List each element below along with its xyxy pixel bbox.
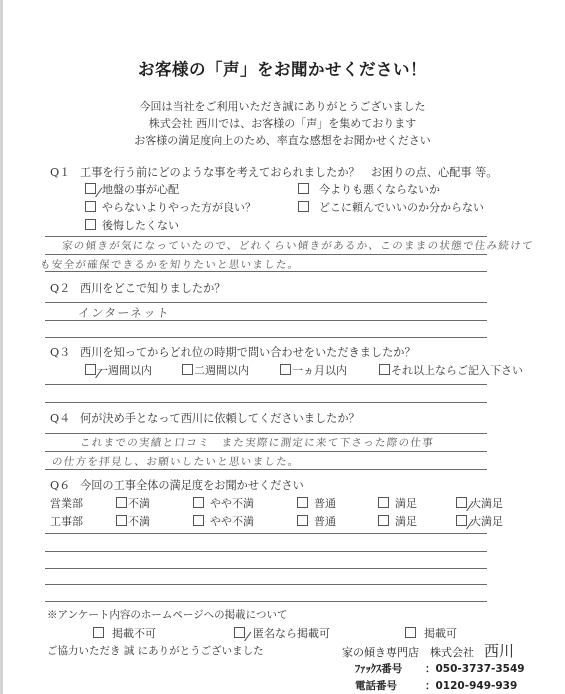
- comment-rule: [45, 533, 487, 534]
- q1-question: Q１工事を行う前にどのような事を考えておられましたか？ お困りの点、心配事 等。: [50, 164, 498, 180]
- q6-sales-satisfied[interactable]: 満足: [378, 495, 417, 511]
- q2-text: 西川をどこで知りましたか？: [80, 282, 225, 295]
- q1-handwritten-answer-1: 家の傾きが気になっていたので、どれくらい傾きがあるか、このままの状態で住み続けて: [61, 238, 534, 253]
- q2-answer-rule: [45, 337, 487, 338]
- checkbox-checked-icon[interactable]: [85, 183, 96, 194]
- checkbox-icon[interactable]: [297, 497, 308, 508]
- thanks-text: ご協力いただき 誠 にありがとうございました: [47, 643, 264, 658]
- q1-answer-rule: [45, 254, 487, 255]
- company-name: 西川: [484, 642, 514, 660]
- fax-label: ﾌｧｯｸｽ番号: [355, 661, 425, 676]
- checkbox-icon[interactable]: [378, 497, 389, 508]
- q6-construction-somewhat-dissatisfied[interactable]: やや不満: [193, 513, 254, 529]
- q3-option-longer[interactable]: それ以上ならご記入下さい: [379, 362, 523, 378]
- q1-answer-rule: [45, 271, 487, 272]
- tel-row: 電話番号：0120-949-939: [355, 678, 517, 693]
- q4-number: Q４: [50, 410, 80, 426]
- checkbox-icon[interactable]: [379, 364, 390, 375]
- q4-answer-rule: [45, 433, 487, 434]
- comment-rule: [45, 551, 487, 552]
- q6-sales-neutral[interactable]: 普通: [297, 495, 336, 511]
- checkbox-icon[interactable]: [85, 201, 96, 212]
- q3-option-1week[interactable]: 一週間以内: [85, 362, 152, 378]
- checkbox-icon[interactable]: [116, 497, 127, 508]
- q6-sales-dissatisfied[interactable]: 不満: [116, 495, 150, 511]
- checkbox-icon[interactable]: [378, 515, 389, 526]
- checkbox-checked-icon[interactable]: [234, 627, 245, 638]
- q4-handwritten-answer-2: の仕方を拝見し、お願いしたいと思いました。: [51, 454, 300, 469]
- q3-answer-rule: [45, 384, 487, 385]
- checkbox-icon[interactable]: [193, 515, 204, 526]
- publish-option-anonymous[interactable]: 匿名なら掲載可: [234, 625, 330, 641]
- tel-number: ：0120-949-939: [425, 680, 517, 692]
- q2-answer-rule: [45, 302, 487, 303]
- q2-handwritten-answer: インターネット: [77, 304, 171, 321]
- q1-number: Q１: [50, 164, 80, 180]
- q4-handwritten-answer-1: これまでの実績と口コミ また実際に測定に来て下さった際の仕事: [79, 435, 435, 450]
- q6-sales-very-satisfied[interactable]: 大満足: [456, 495, 503, 511]
- q2-question: Q２西川をどこで知りましたか？: [50, 280, 225, 296]
- checkbox-icon[interactable]: [298, 183, 309, 194]
- page-title: お客様の「声」をお聞かせください！: [0, 56, 565, 80]
- q1-option-where[interactable]: どこに頼んでいいのか分からない: [298, 199, 484, 215]
- checkbox-icon[interactable]: [298, 201, 309, 212]
- checkbox-icon[interactable]: [182, 364, 193, 375]
- q3-answer-rule: [45, 402, 487, 403]
- q4-question: Q４何が決め手となって西川に依頼してくださいましたか？: [50, 410, 360, 426]
- q6-sales-somewhat-dissatisfied[interactable]: やや不満: [193, 495, 254, 511]
- checkbox-icon[interactable]: [405, 627, 416, 638]
- q6-text: 今回の工事全体の満足度をお聞かせください: [80, 479, 304, 492]
- publish-option-yes[interactable]: 掲載可: [405, 625, 457, 641]
- q1-option-worse[interactable]: 今よりも悪くならないか: [298, 181, 440, 197]
- checkbox-checked-icon[interactable]: [456, 497, 467, 508]
- checkbox-icon[interactable]: [193, 497, 204, 508]
- checkbox-icon[interactable]: [297, 515, 308, 526]
- q6-construction-satisfied[interactable]: 満足: [378, 513, 417, 529]
- shop-name: 家の傾き専門店 株式会社: [342, 646, 474, 659]
- tel-label: 電話番号: [355, 678, 425, 693]
- checkbox-icon[interactable]: [116, 515, 127, 526]
- intro-line-2: 株式会社 西川では、お客様の「声」を集めております: [0, 115, 565, 131]
- checkbox-checked-icon[interactable]: [456, 515, 467, 526]
- q6-construction-very-satisfied[interactable]: 大満足: [456, 513, 503, 529]
- checkbox-icon[interactable]: [280, 364, 291, 375]
- q3-option-2weeks[interactable]: 二週間以内: [182, 362, 249, 378]
- q1-option-regret[interactable]: 後悔したくない: [85, 217, 179, 233]
- q6-construction-neutral[interactable]: 普通: [297, 513, 336, 529]
- q6-row-sales-label: 営業部: [50, 495, 83, 511]
- q3-option-1month[interactable]: 一ヵ月以内: [280, 362, 347, 378]
- fax-row: ﾌｧｯｸｽ番号：050-3737-3549: [355, 661, 525, 676]
- company-block: 家の傾き専門店 株式会社西川: [342, 640, 514, 661]
- comment-rule: [45, 568, 487, 569]
- checkbox-icon[interactable]: [85, 219, 96, 230]
- comment-rule: [45, 584, 487, 585]
- q3-number: Q３: [50, 344, 80, 360]
- q1-text: 工事を行う前にどのような事を考えておられましたか？ お困りの点、心配事 等。: [80, 166, 498, 179]
- q6-row-construction-label: 工事部: [50, 513, 83, 529]
- q6-number: Q６: [50, 477, 80, 493]
- q1-option-ground[interactable]: 地盤の事が心配: [85, 181, 179, 197]
- q4-answer-rule: [45, 469, 487, 470]
- publish-option-no[interactable]: 掲載不可: [93, 625, 156, 641]
- q6-question: Q６今回の工事全体の満足度をお聞かせください: [50, 477, 304, 493]
- fax-number: ：050-3737-3549: [425, 663, 525, 675]
- q1-answer-rule: [45, 236, 487, 237]
- q6-construction-dissatisfied[interactable]: 不満: [116, 513, 150, 529]
- checkbox-checked-icon[interactable]: [85, 364, 96, 375]
- q3-text: 西川を知ってからどれ位の時期で問い合わせをいただきましたか？: [80, 346, 416, 359]
- publish-heading: ※アンケート内容のホームページへの掲載について: [47, 607, 287, 622]
- comment-rule: [45, 601, 487, 602]
- checkbox-icon[interactable]: [93, 627, 104, 638]
- intro-line-1: 今回は当社をご利用いただき誠にありがとうございました: [0, 98, 565, 114]
- q4-answer-rule: [45, 451, 487, 452]
- q1-handwritten-answer-2: も安全が確保できるかを知りたいと思いました。: [39, 257, 300, 272]
- q2-answer-rule: [45, 320, 487, 321]
- q1-option-better[interactable]: やらないよりやった方が良い？: [85, 199, 256, 215]
- intro-line-3: お客様の満足度向上のため、率直な感想をお聞かせください: [0, 132, 565, 148]
- q3-question: Q３西川を知ってからどれ位の時期で問い合わせをいただきましたか？: [50, 344, 416, 360]
- q2-number: Q２: [50, 280, 80, 296]
- q4-text: 何が決め手となって西川に依頼してくださいましたか？: [80, 412, 360, 425]
